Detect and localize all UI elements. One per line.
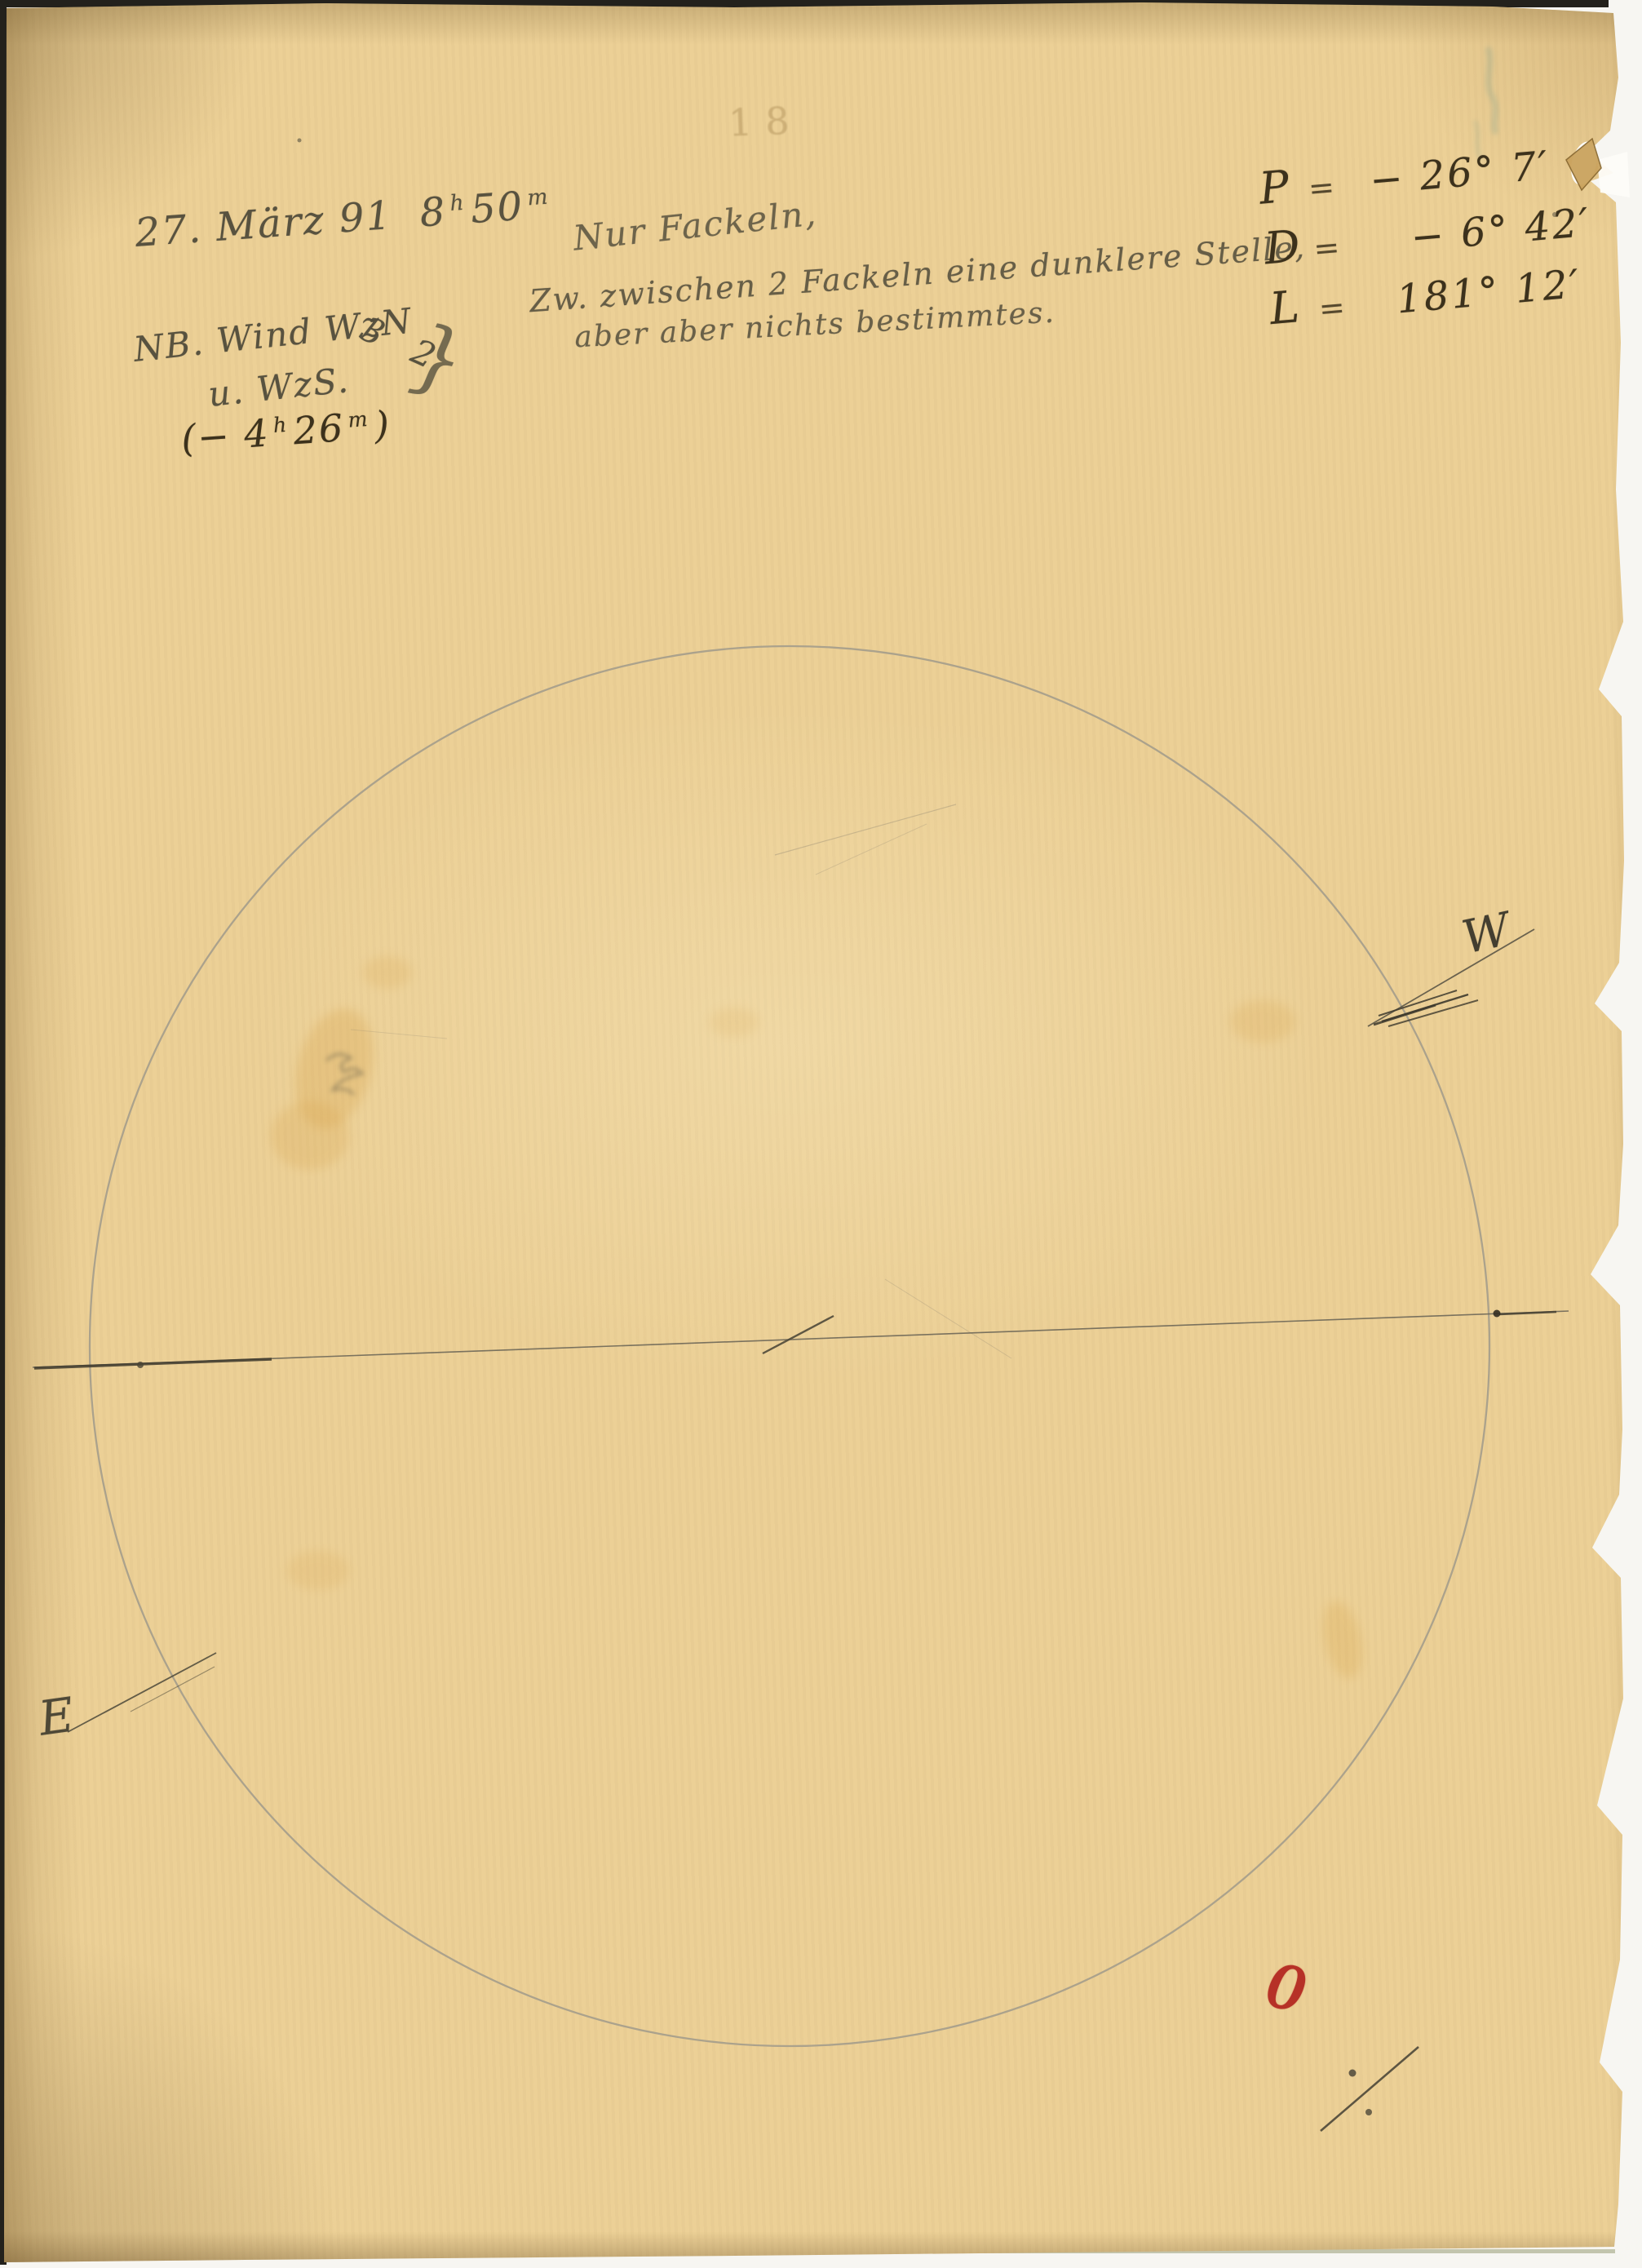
measurement-label: L bbox=[1268, 279, 1321, 334]
ink-speck bbox=[298, 139, 302, 143]
solar-disk-circle bbox=[90, 646, 1489, 2046]
faint-page-number: 18 bbox=[728, 98, 803, 144]
limb-hatch-mark bbox=[1388, 1000, 1478, 1026]
time-minutes-unit: m bbox=[526, 184, 548, 210]
time-hours: 8 bbox=[418, 188, 448, 236]
correction-open: (− bbox=[179, 414, 232, 461]
east-label: E bbox=[35, 1686, 78, 1747]
stain-blob bbox=[287, 1551, 349, 1590]
measurement-value: − 26° 7′ bbox=[1368, 143, 1551, 204]
punch-hole-tear bbox=[1597, 152, 1630, 197]
scratch-line bbox=[885, 1279, 1011, 1358]
equals-sign: = bbox=[1307, 167, 1349, 206]
measurement-value: 181° 12′ bbox=[1395, 261, 1583, 323]
west-label: W bbox=[1458, 903, 1516, 965]
equals-sign: = bbox=[1312, 228, 1355, 267]
ink-speck bbox=[1494, 1310, 1501, 1318]
correction-minutes-unit: m bbox=[347, 407, 368, 432]
division-mark-dot bbox=[1365, 2109, 1372, 2115]
bleed-through-mark bbox=[1488, 47, 1496, 134]
stain-blob bbox=[1317, 1597, 1369, 1681]
stain-blob bbox=[1230, 1000, 1295, 1043]
scratch-line bbox=[816, 824, 927, 875]
equals-sign: = bbox=[1317, 288, 1360, 327]
measurement-label: D bbox=[1263, 219, 1316, 274]
scratch-line bbox=[775, 804, 956, 855]
time-hours-unit: h bbox=[449, 190, 464, 216]
division-mark-dot bbox=[1349, 2070, 1357, 2077]
east-direction-line-double bbox=[131, 1667, 215, 1712]
measurement-value: − 6° 42′ bbox=[1409, 200, 1592, 261]
ink-speck bbox=[137, 1362, 144, 1368]
position-measurements: P = − 26° 7′ D = − 6° 42′ L = 181° 12′ bbox=[1257, 135, 1599, 343]
equator-line-right-overdraw bbox=[1499, 1312, 1556, 1314]
correction-close: ) bbox=[373, 402, 392, 447]
time-minutes: 50 bbox=[469, 184, 525, 233]
measurement-label: P bbox=[1257, 159, 1310, 215]
stain-blob bbox=[363, 956, 412, 989]
division-mark-slash bbox=[1321, 2047, 1418, 2131]
center-tick bbox=[763, 1316, 834, 1353]
correction-hours: 4 bbox=[242, 410, 271, 456]
stain-blob bbox=[710, 1008, 759, 1037]
east-direction-line bbox=[68, 1653, 216, 1732]
correction-minutes: 26 bbox=[292, 405, 346, 453]
stain-blob bbox=[271, 1101, 349, 1170]
correction-hours-unit: h bbox=[272, 413, 287, 437]
equator-line-left-overdraw bbox=[34, 1359, 272, 1368]
